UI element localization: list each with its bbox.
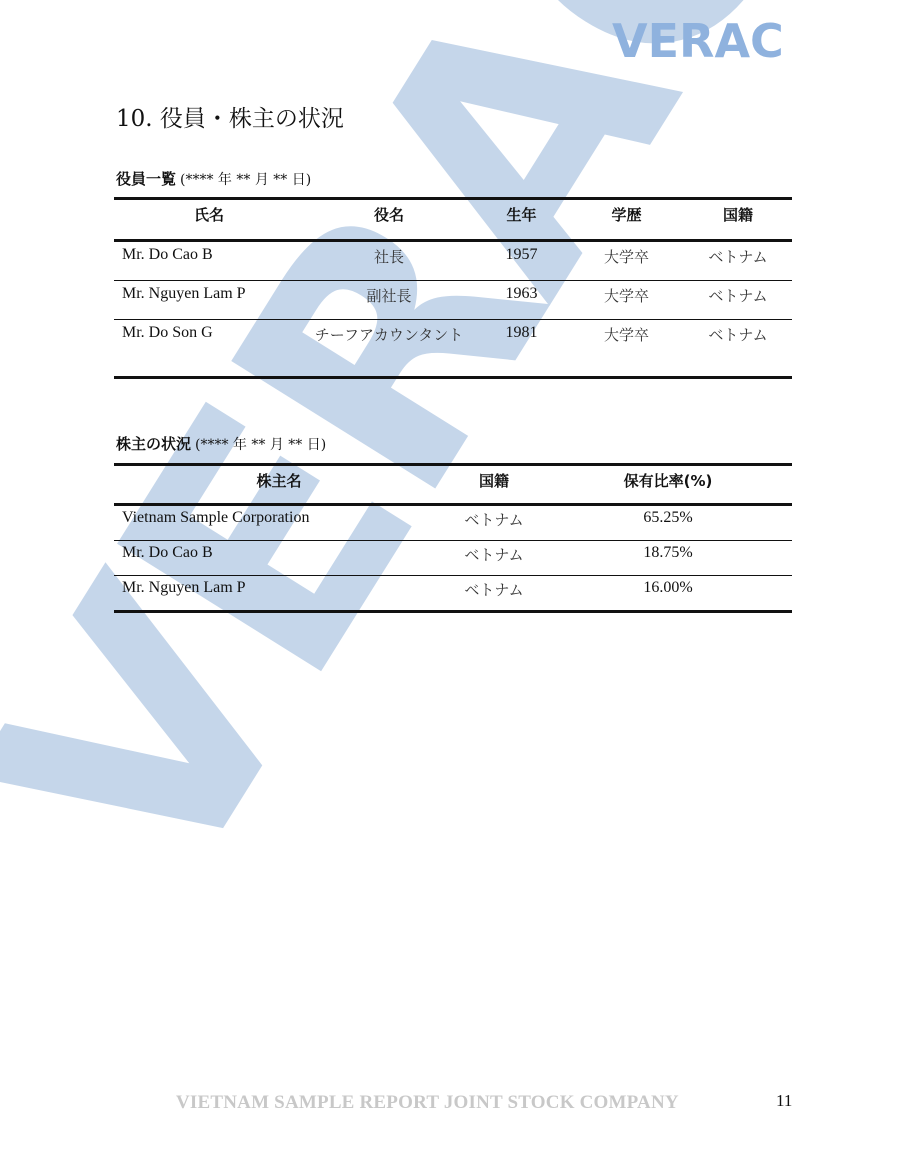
col-header-nationality: 国籍 xyxy=(684,199,792,241)
shareholders-heading: 株主の状況(**** 年 ** 月 ** 日) xyxy=(116,433,326,454)
table-row: Vietnam Sample Corporation ベトナム 65.25% xyxy=(114,505,792,541)
footer-company-name: VIETNAM SAMPLE REPORT JOINT STOCK COMPAN… xyxy=(176,1092,679,1114)
shareholder-ratio: 18.75% xyxy=(544,541,792,576)
shareholder-name: Mr. Nguyen Lam P xyxy=(114,576,444,612)
officer-nationality: ベトナム xyxy=(684,241,792,281)
table-row: Mr. Nguyen Lam P 副社長 1963 大学卒 ベトナム xyxy=(114,281,792,320)
table-row: Mr. Do Cao B ベトナム 18.75% xyxy=(114,541,792,576)
col-header-nationality: 国籍 xyxy=(444,465,544,505)
shareholder-nationality: ベトナム xyxy=(444,576,544,612)
officer-title: チーフアカウンタント xyxy=(304,320,474,378)
officer-title: 副社長 xyxy=(304,281,474,320)
col-header-title: 役名 xyxy=(304,199,474,241)
table-row: Mr. Do Cao B 社長 1957 大学卒 ベトナム xyxy=(114,241,792,281)
officers-heading-label: 役員一覧 xyxy=(116,170,176,188)
table-row: Mr. Do Son G チーフアカウンタント 1981 大学卒 ベトナム xyxy=(114,320,792,378)
officer-nationality: ベトナム xyxy=(684,320,792,378)
shareholder-name: Vietnam Sample Corporation xyxy=(114,505,444,541)
officers-header-row: 氏名 役名 生年 学歴 国籍 xyxy=(114,199,792,241)
officer-education: 大学卒 xyxy=(569,241,684,281)
shareholder-name: Mr. Do Cao B xyxy=(114,541,444,576)
officer-education: 大学卒 xyxy=(569,320,684,378)
officer-title: 社長 xyxy=(304,241,474,281)
shareholders-heading-label: 株主の状況 xyxy=(116,435,191,453)
officer-name: Mr. Nguyen Lam P xyxy=(114,281,304,320)
officer-birth-year: 1981 xyxy=(474,320,569,378)
officer-education: 大学卒 xyxy=(569,281,684,320)
shareholder-ratio: 16.00% xyxy=(544,576,792,612)
officer-nationality: ベトナム xyxy=(684,281,792,320)
page-number: 11 xyxy=(776,1091,792,1111)
officers-date: (**** 年 ** 月 ** 日) xyxy=(180,172,311,188)
officer-name: Mr. Do Cao B xyxy=(114,241,304,281)
verac-logo: VERAC xyxy=(612,18,784,64)
shareholders-table: 株主名 国籍 保有比率(%) Vietnam Sample Corporatio… xyxy=(114,463,792,613)
col-header-name: 氏名 xyxy=(114,199,304,241)
shareholders-date: (**** 年 ** 月 ** 日) xyxy=(195,437,326,453)
officer-name: Mr. Do Son G xyxy=(114,320,304,378)
officers-table: 氏名 役名 生年 学歴 国籍 Mr. Do Cao B 社長 1957 大学卒 … xyxy=(114,197,792,379)
shareholders-header-row: 株主名 国籍 保有比率(%) xyxy=(114,465,792,505)
officers-heading: 役員一覧(**** 年 ** 月 ** 日) xyxy=(116,168,311,189)
officer-birth-year: 1957 xyxy=(474,241,569,281)
col-header-education: 学歴 xyxy=(569,199,684,241)
officer-birth-year: 1963 xyxy=(474,281,569,320)
col-header-shareholder-name: 株主名 xyxy=(114,465,444,505)
section-title: 10. 役員・株主の状況 xyxy=(116,100,344,133)
col-header-birth-year: 生年 xyxy=(474,199,569,241)
shareholder-nationality: ベトナム xyxy=(444,505,544,541)
table-row: Mr. Nguyen Lam P ベトナム 16.00% xyxy=(114,576,792,612)
col-header-ratio: 保有比率(%) xyxy=(544,465,792,505)
shareholder-nationality: ベトナム xyxy=(444,541,544,576)
shareholder-ratio: 65.25% xyxy=(544,505,792,541)
